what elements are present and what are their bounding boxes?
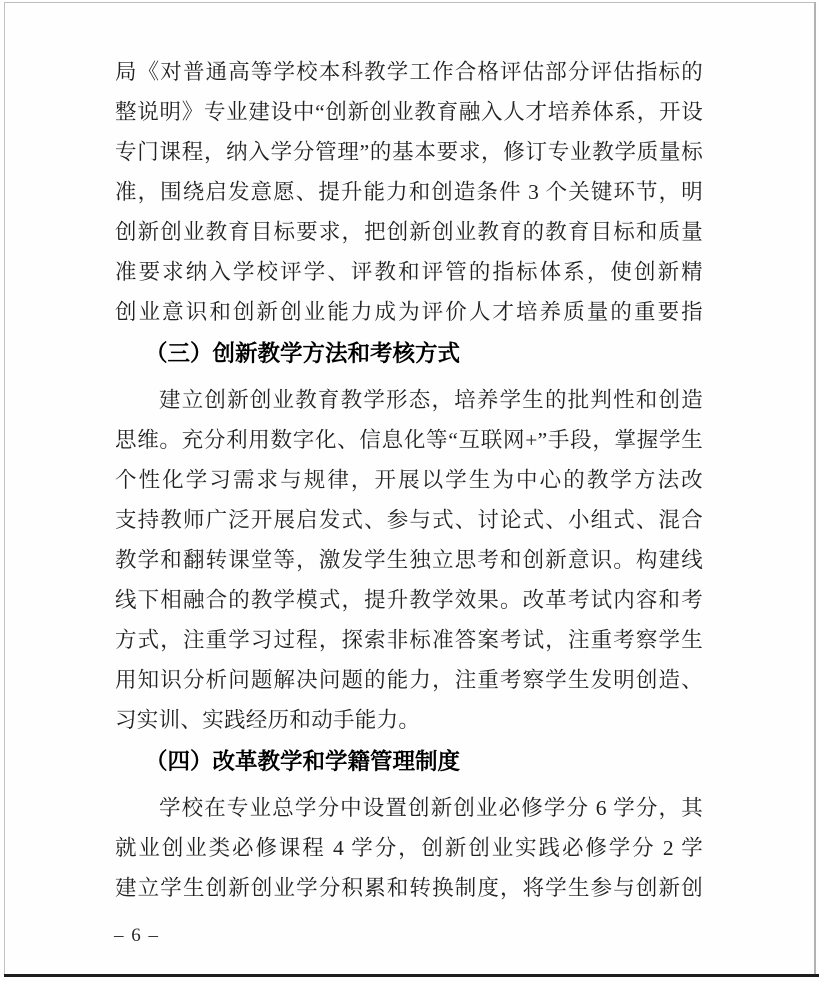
text-line: 局《对普通高等学校本科教学工作合格评估部分评估指标的调 bbox=[115, 52, 703, 92]
text-line: 支持教师广泛开展启发式、参与式、讨论式、小组式、混合式 bbox=[115, 500, 703, 540]
page-edge-right bbox=[814, 2, 816, 976]
text-line: 创新创业教育目标要求，把创新创业教育的教育目标和质量标 bbox=[115, 212, 703, 252]
page-number: – 6 – bbox=[114, 925, 160, 947]
text-line: 学校在专业总学分中设置创新创业必修学分 6 学分，其中 bbox=[115, 788, 703, 828]
text-line: 思维。充分利用数字化、信息化等“互联网+”手段，掌握学生 bbox=[115, 420, 703, 460]
text-line: 方式，注重学习过程，探索非标准答案考试，注重考察学生运 bbox=[115, 620, 703, 660]
text-line: 整说明》专业建设中“创新创业教育融入人才培养体系，开设 bbox=[115, 92, 703, 132]
text-line: 用知识分析问题解决问题的能力，注重考察学生发明创造、实 bbox=[115, 660, 703, 700]
text-line: 建立创新创业教育教学形态，培养学生的批判性和创造性 bbox=[115, 380, 703, 420]
page-content: 局《对普通高等学校本科教学工作合格评估部分评估指标的调整说明》专业建设中“创新创… bbox=[115, 52, 703, 908]
text-line: 个性化学习需求与规律，开展以学生为中心的教学方法改革， bbox=[115, 460, 703, 500]
section-heading: （四）改革教学和学籍管理制度 bbox=[115, 742, 703, 782]
text-line: 准要求纳入学校评学、评教和评管的指标体系，使创新精神、 bbox=[115, 252, 703, 292]
text-line: 线下相融合的教学模式，提升教学效果。改革考试内容和考核 bbox=[115, 580, 703, 620]
paragraph: 局《对普通高等学校本科教学工作合格评估部分评估指标的调整说明》专业建设中“创新创… bbox=[115, 52, 703, 332]
page-edge-left bbox=[4, 2, 5, 975]
page-edge-top bbox=[4, 2, 816, 3]
text-line: 创业意识和创新创业能力成为评价人才培养质量的重要指标。 bbox=[115, 292, 703, 332]
text-line: 教学和翻转课堂等，激发学生独立思考和创新意识。构建线上 bbox=[115, 540, 703, 580]
page-edge-bottom bbox=[4, 974, 819, 977]
text-line: 专门课程，纳入学分管理”的基本要求，修订专业教学质量标 bbox=[115, 132, 703, 172]
section-heading: （三）创新教学方法和考核方式 bbox=[115, 334, 703, 374]
paragraph: 建立创新创业教育教学形态，培养学生的批判性和创造性思维。充分利用数字化、信息化等… bbox=[115, 380, 703, 740]
text-line: 习实训、实践经历和动手能力。 bbox=[115, 700, 703, 740]
text-line: 准，围绕启发意愿、提升能力和创造条件 3 个关键环节，明确 bbox=[115, 172, 703, 212]
document-page: 局《对普通高等学校本科教学工作合格评估部分评估指标的调整说明》专业建设中“创新创… bbox=[0, 0, 819, 981]
text-line: 就业创业类必修课程 4 学分，创新创业实践必修学分 2 学分。 bbox=[115, 828, 703, 868]
text-line: 建立学生创新创业学分积累和转换制度，将学生参与创新创业 bbox=[115, 868, 703, 908]
paragraph: 学校在专业总学分中设置创新创业必修学分 6 学分，其中就业创业类必修课程 4 学… bbox=[115, 788, 703, 908]
